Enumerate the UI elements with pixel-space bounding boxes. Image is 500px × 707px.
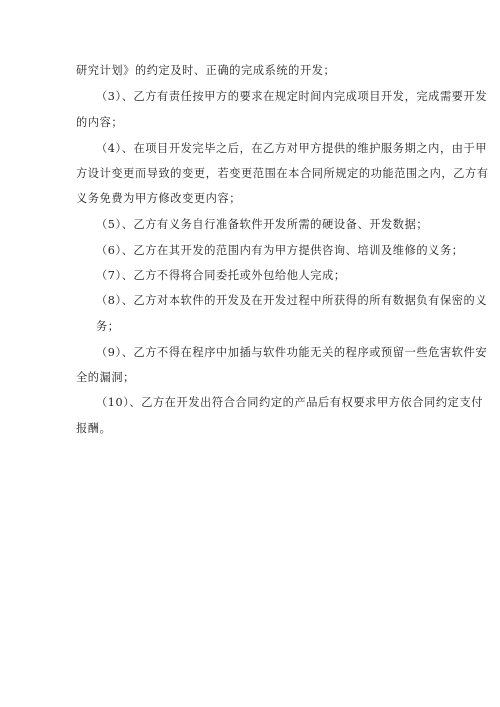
body-line: （7）、乙方不得将合同委托或外包给他人完成； [96,269,346,283]
body-line: 的内容； [76,116,123,130]
body-line: 报酬。 [76,422,111,436]
body-line: 义务免费为甲方修改变更内容； [76,192,241,206]
body-line: 务； [96,320,120,334]
body-line: （5）、乙方有义务自行准备软件开发所需的硬设备、开发数据； [96,218,428,232]
body-line: 全的漏洞； [76,371,135,385]
body-line: （3）、乙方有责任按甲方的要求在规定时间内完成项目开发，完成需要开发 [96,90,487,104]
body-line: （8）、乙方对本软件的开发及在开发过程中所获得的所有数据负有保密的义 [96,294,487,308]
body-line: （6）、乙方在其开发的范围内有为甲方提供咨询、培训及维修的义务； [96,244,464,258]
body-line: 方设计变更而导致的变更，若变更范围在本合同所规定的功能范围之内，乙方有 [76,167,489,181]
body-line: 研究计划》的约定及时、正确的完成系统的开发； [76,64,335,78]
body-line: （4）、在项目开发完毕之后，在乙方对甲方提供的维护服务期之内，由于甲 [96,142,487,156]
body-line: （9）、乙方不得在程序中加插与软件功能无关的程序或预留一些危害软件安 [96,346,487,360]
body-line: （10）、乙方在开发出符合合同约定的产品后有权要求甲方依合同约定支付 [96,396,483,410]
